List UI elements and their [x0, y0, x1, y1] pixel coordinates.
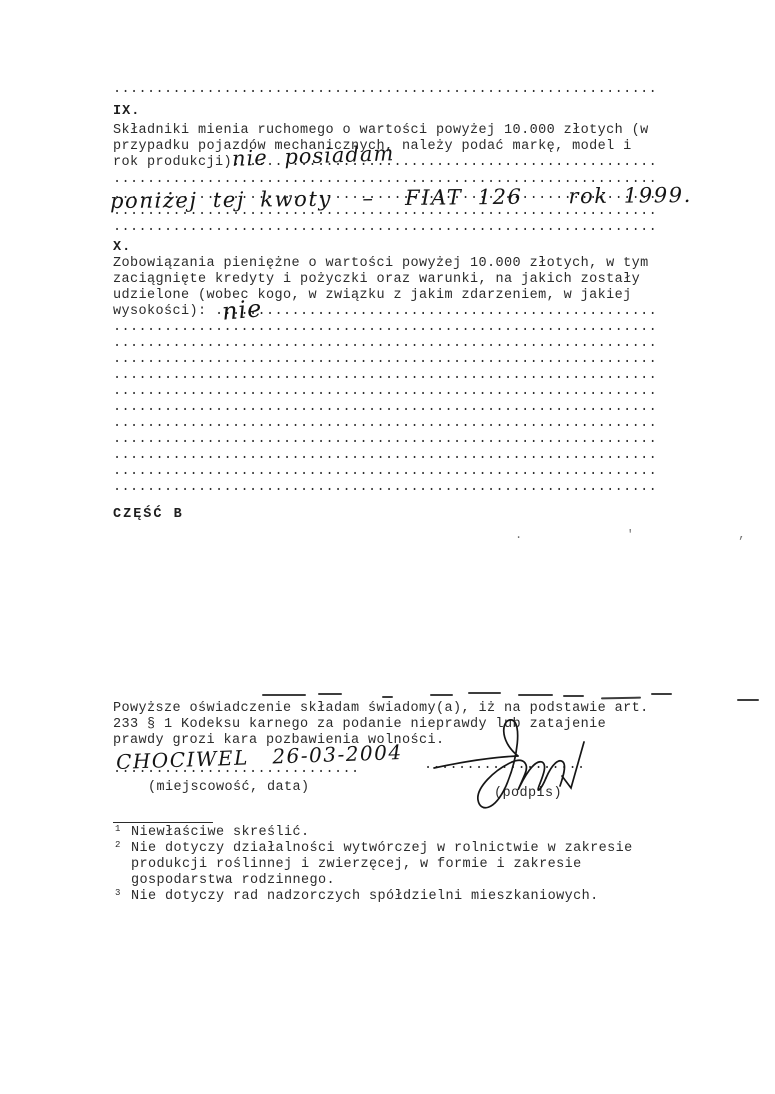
scan-artifact-dash	[468, 692, 501, 694]
footnote-text: Nie dotyczy rad nadzorczych spółdzielni …	[131, 889, 599, 905]
dotted-answer-line: ........................................…	[113, 336, 662, 352]
dotted-answer-line: ........................................…	[113, 416, 662, 432]
footnote-number: 3	[115, 888, 120, 898]
dotted-answer-line: ........................................…	[113, 384, 662, 400]
scan-artifact-marks: . ' ,	[515, 528, 775, 542]
dotted-answer-line: ........................................…	[113, 368, 662, 384]
section-x-heading: X.	[113, 240, 131, 255]
scan-artifact-dash	[563, 695, 584, 697]
footnote-separator-rule	[113, 822, 213, 823]
footnote-number: 2	[115, 840, 120, 850]
dotted-answer-line: ........................................…	[113, 220, 662, 236]
place-date-label: (miejscowość, data)	[148, 780, 310, 796]
scan-artifact-dash	[382, 696, 393, 698]
handwritten-entry-nie: nie	[221, 294, 264, 325]
section-ix-heading: IX.	[113, 104, 140, 119]
dotted-answer-line: ........................................…	[113, 480, 662, 496]
footnote-text: gospodarstwa rodzinnego.	[131, 873, 335, 889]
section-x-text-line: Zobowiązania pieniężne o wartości powyże…	[113, 256, 649, 272]
document-page: ........................................…	[0, 0, 775, 1094]
section-x-text-line: wysokości): ............................…	[113, 304, 657, 320]
footnote-number: 1	[115, 824, 120, 834]
footnote-text: Nie dotyczy działalności wytwórczej w ro…	[131, 841, 633, 857]
scan-artifact-dash	[737, 699, 759, 701]
dotted-separator-line: ........................................…	[113, 82, 662, 98]
dotted-answer-line: ........................................…	[113, 400, 662, 416]
scan-artifact-dash	[262, 694, 306, 696]
dotted-answer-line: ........................................…	[113, 464, 662, 480]
section-x-text-line: udzielone (wobec kogo, w związku z jakim…	[113, 288, 632, 304]
dotted-answer-line: ........................................…	[113, 352, 662, 368]
scan-artifact-dash	[518, 694, 553, 696]
footnote-text: Niewłaściwe skreślić.	[131, 825, 310, 841]
handwritten-signature	[432, 712, 592, 812]
section-x-text-line: zaciągnięte kredyty i pożyczki oraz waru…	[113, 272, 640, 288]
dotted-answer-line: ........................................…	[113, 432, 662, 448]
section-ix-text-line: Składniki mienia ruchomego o wartości po…	[113, 123, 649, 139]
scan-artifact-dash	[601, 697, 641, 700]
dotted-answer-line: ........................................…	[113, 320, 662, 336]
scan-artifact-dash	[651, 693, 672, 695]
scan-artifact-dash	[430, 694, 453, 696]
part-b-heading: CZĘŚĆ B	[113, 507, 184, 522]
footnote-text: produkcji roślinnej i zwierzęcej, w form…	[131, 857, 582, 873]
scan-artifact-dash	[318, 693, 342, 695]
dotted-answer-line: ........................................…	[113, 448, 662, 464]
